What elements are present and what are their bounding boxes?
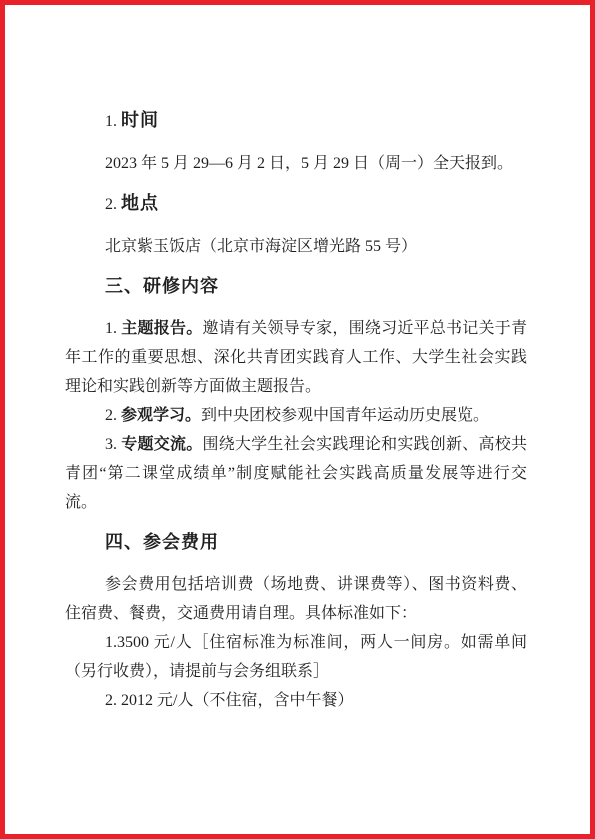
- heading-section-3: 三、研修内容: [65, 272, 527, 301]
- para-date: 2023 年 5 月 29—6 月 2 日，5 月 29 日（周一）全天报到。: [65, 149, 527, 178]
- para-visit-study: 2. 参观学习。到中央团校参观中国青年运动历史展览。: [65, 401, 527, 430]
- text-run: 1.: [105, 113, 121, 130]
- text-run: 到中央团校参观中国青年运动历史展览。: [201, 407, 489, 424]
- text-run: 1.: [105, 320, 121, 337]
- bold-text-run: 参观学习。: [121, 407, 201, 424]
- para-address: 北京紫玉饭店（北京市海淀区增光路 55 号）: [65, 232, 527, 261]
- text-run: 2.: [105, 407, 121, 424]
- text-run: 2.: [105, 196, 121, 213]
- text-run: 2. 2012 元/人（不住宿，含中午餐）: [105, 692, 353, 709]
- document-page: 1. 时间2023 年 5 月 29—6 月 2 日，5 月 29 日（周一）全…: [0, 0, 595, 839]
- text-run: 时间: [121, 110, 159, 131]
- bold-text-run: 主题报告。: [121, 320, 202, 337]
- text-run: 3.: [105, 436, 121, 453]
- text-run: 三、研修内容: [105, 276, 219, 297]
- text-run: 四、参会费用: [105, 532, 219, 553]
- heading-location: 2. 地点: [65, 189, 527, 219]
- heading-time: 1. 时间: [65, 106, 527, 136]
- text-run: 参会费用包括培训费（场地费、讲课费等）、图书资料费、住宿费、餐费，交通费用请自理…: [65, 576, 527, 622]
- text-run: 北京紫玉饭店（北京市海淀区增光路 55 号）: [105, 238, 417, 255]
- text-run: 地点: [121, 193, 159, 214]
- bold-text-run: 专题交流。: [121, 436, 202, 453]
- para-fee-overview: 参会费用包括培训费（场地费、讲课费等）、图书资料费、住宿费、餐费，交通费用请自理…: [65, 570, 527, 628]
- heading-section-4: 四、参会费用: [65, 528, 527, 557]
- para-price-option-2: 2. 2012 元/人（不住宿，含中午餐）: [65, 686, 527, 715]
- para-topic-report: 1. 主题报告。邀请有关领导专家，围绕习近平总书记关于青年工作的重要思想、深化共…: [65, 314, 527, 401]
- text-run: 1.3500 元/人［住宿标准为标准间，两人一间房。如需单间（另行收费），请提前…: [65, 634, 527, 680]
- para-special-exchange: 3. 专题交流。围绕大学生社会实践理论和实践创新、高校共青团“第二课堂成绩单”制…: [65, 430, 527, 517]
- document-body: 1. 时间2023 年 5 月 29—6 月 2 日，5 月 29 日（周一）全…: [5, 5, 590, 715]
- text-run: 2023 年 5 月 29—6 月 2 日，5 月 29 日（周一）全天报到。: [105, 155, 513, 172]
- para-price-option-1: 1.3500 元/人［住宿标准为标准间，两人一间房。如需单间（另行收费），请提前…: [65, 628, 527, 686]
